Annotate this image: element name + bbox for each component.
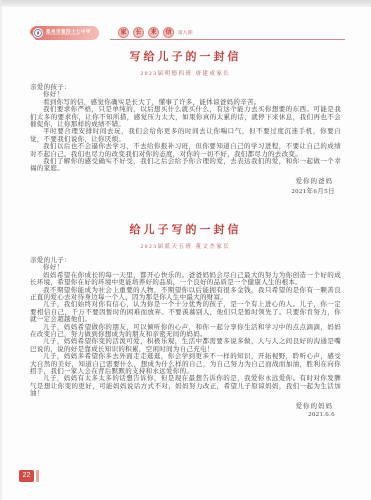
paragraph: 儿子，我们始终对你有信心，认为你是一个十分优秀的孩子，是一个有上进心的人。儿子，… (30, 301, 341, 323)
issue-label: 第九期 (178, 30, 193, 36)
letter-2-date: 2021.6.6 (0, 411, 341, 418)
paragraph: 我们以后也不会逼你去学习，不去给你报补习班，但你要知道自己的学习进程，不要让自己… (30, 143, 341, 158)
page-header: 郑州市第四十七中学 ZHENGZHOU MIDDLE SCHOOL 家 长 来 … (0, 26, 371, 42)
page-number-accent-bar (36, 470, 39, 482)
paragraph: 儿子，妈妈希望做你的朋友，可以倾听你的心声，和你一起分享你生活和学习中的点点滴滴… (30, 324, 341, 339)
salutation: 亲爱的儿子： (30, 257, 341, 264)
paragraph: 儿子，妈妈希望你变的活泼可爱，积极乐观，生活中都需要多说多做，人与人之间良好的沟… (30, 338, 341, 353)
page-number: 22 (19, 470, 34, 482)
header-badge-char: 家 (118, 27, 129, 38)
paragraph: 妈妈希望在你成长的每一天里，都开心快乐的。爸爸妈妈会尽自己最大的努力为你创造一个… (30, 272, 341, 287)
letter-1-body: 亲爱的孩子： 你好！ 看到你写的信，感觉你确实是长大了，懂事了许多，能体谅爸妈的… (30, 84, 341, 173)
paragraph: 我不期望你能成为社会上重要的人物，不期望你以后能拥有很多金钱，我只希望的是你有一… (30, 287, 341, 302)
header-badge-char: 长 (133, 27, 144, 38)
letter-1-title: 写给儿子的一封信 (0, 48, 371, 64)
letter-2-byline: 2023届蓝天五班 董文杰家长 (0, 242, 371, 250)
paragraph: 我们了解你的感受确实不好受，我们之后会给予你合理的爱，去表达我们的爱，和你一起做… (30, 158, 341, 173)
header-badges: 家 长 来 信 第九期 (118, 27, 193, 38)
letter-1-byline: 2023届明德四班 唐建成家长 (0, 69, 371, 77)
scan-edge-top (0, 0, 371, 7)
letter-1-date: 2021年6月5日 (0, 186, 341, 195)
school-title-block: 郑州市第四十七中学 ZHENGZHOU MIDDLE SCHOOL (46, 30, 91, 37)
letter-2-title: 给儿子写的一封信 (0, 221, 371, 237)
page-number-block: 22 (19, 470, 39, 482)
salutation: 亲爱的孩子： (30, 84, 341, 91)
header-badge-char: 来 (148, 27, 159, 38)
paragraph: 儿子，妈妈有太多太多的话想告诉你，但是现在最想告诉你的是，我爱你永远爱你。有时对… (30, 375, 341, 397)
paragraph: 儿子，妈妈多希望你多去外面走走逛逛，你会学到更多不一样的知识，开拓视野，聆听心声… (30, 353, 341, 375)
header-badge-char: 信 (163, 27, 174, 38)
school-ribbon: 郑州市第四十七中学 ZHENGZHOU MIDDLE SCHOOL (30, 26, 99, 40)
document-page: 郑州市第四十七中学 ZHENGZHOU MIDDLE SCHOOL 家 长 来 … (0, 0, 371, 500)
school-logo-icon (33, 28, 43, 38)
school-subtitle: ZHENGZHOU MIDDLE SCHOOL (46, 34, 87, 36)
paragraph: 平时要合理安排时间去玩，我们会给你更多的时间去让你喘口气，但不要过度沉迷手机，你… (30, 128, 341, 143)
header-rule (110, 39, 345, 40)
page-content: 写给儿子的一封信 2023届明德四班 唐建成家长 亲爱的孩子： 你好！ 看到你写… (0, 48, 371, 418)
paragraph: 我们要求你严格，只是单纯的，以后想买什么就买什么，有这个能力去买你想要的东西。可… (30, 106, 341, 128)
letter-2-signoff: 爱你的妈妈 (0, 401, 341, 410)
greeting: 你好！ (30, 91, 341, 98)
greeting: 你好！ (30, 264, 341, 271)
letter-2: 给儿子写的一封信 2023届蓝天五班 董文杰家长 亲爱的儿子： 你好！ 妈妈希望… (0, 221, 371, 418)
letter-1-signoff: 爱你的爸妈 (0, 176, 341, 185)
letter-2-body: 亲爱的儿子： 你好！ 妈妈希望在你成长的每一天里，都开心快乐的。爸爸妈妈会尽自己… (30, 257, 341, 398)
letter-1: 写给儿子的一封信 2023届明德四班 唐建成家长 亲爱的孩子： 你好！ 看到你写… (0, 48, 371, 195)
